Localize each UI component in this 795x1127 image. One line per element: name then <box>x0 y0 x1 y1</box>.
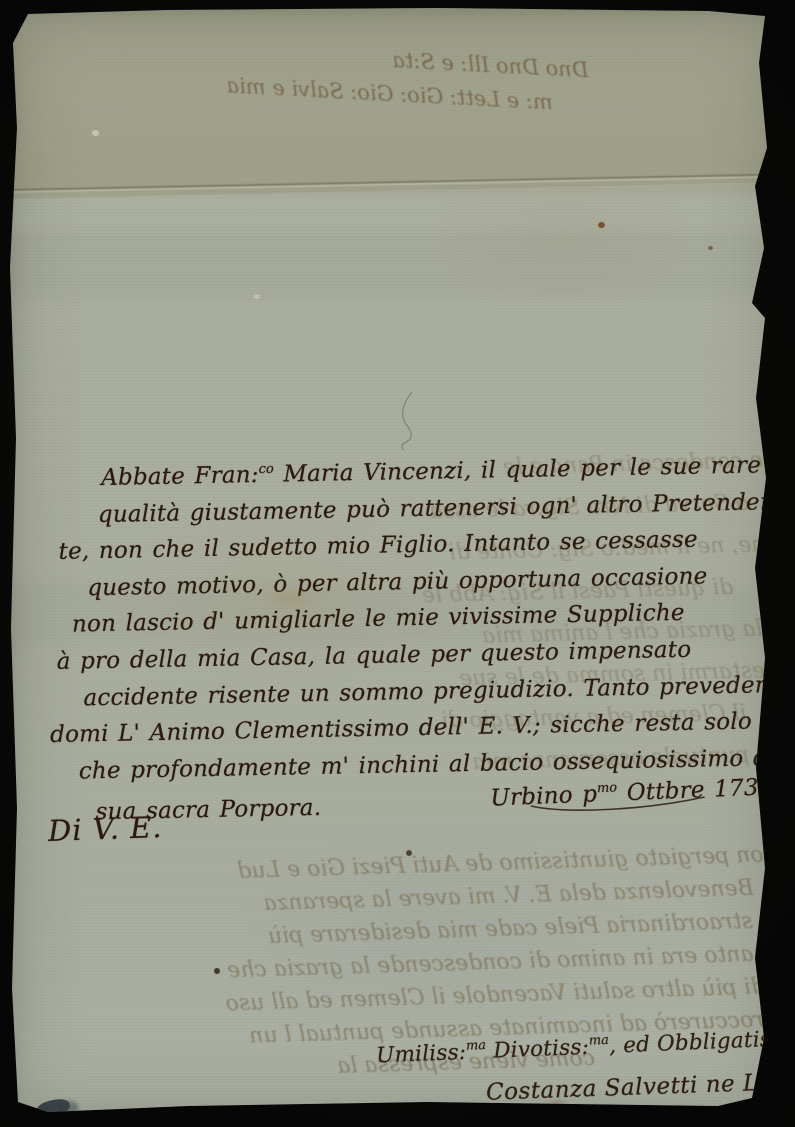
ink-smudge <box>35 1098 71 1119</box>
ink-speck <box>214 968 220 974</box>
letter-body-text: Abbate Fran:co Maria Vincenzi, il quale … <box>45 442 778 832</box>
bleedthrough-line: di più altro saluti Vacendole il Clemen … <box>13 970 784 1027</box>
superscript-abbreviation: mo <box>597 781 618 797</box>
superscript-abbreviation: co <box>258 462 273 477</box>
bleedthrough-line: Benevolenza dela E. V. mi avere la spera… <box>10 871 781 928</box>
fold-flap-shading <box>8 8 778 200</box>
fox-spot-stain <box>762 364 771 371</box>
fox-spot-stain <box>598 222 605 228</box>
superscript-abbreviation: ma <box>588 1033 609 1049</box>
paper-fleck <box>254 294 260 299</box>
bleedthrough-line: e straordinaria Piele cade mia desiderar… <box>11 904 782 961</box>
letter-page: Dno Dno Ill: e S:ta m: e Lett: Gio: Gio:… <box>8 8 778 1120</box>
ink-speck <box>406 850 412 856</box>
closing-line: Umiliss:ma Divotiss:ma, ed Obbligatiss:m… <box>376 1021 795 1068</box>
closing-text: , ed Obbligatiss: <box>609 1026 791 1059</box>
closing-text: Divotiss: <box>486 1035 590 1064</box>
photo-background: Dno Dno Ill: e S:ta m: e Lett: Gio: Gio:… <box>0 0 795 1127</box>
fold-crease <box>8 174 780 194</box>
bleedthrough-line: quanto era in animo di condescende la gr… <box>12 937 783 994</box>
bleedthrough-line: Son pergiato giuntissimo de Auti Piezi G… <box>9 838 780 895</box>
salutation: Di V. E. <box>47 810 163 848</box>
fox-spot-stain <box>708 246 713 250</box>
body-line-text: Abbate Fran: <box>101 462 259 491</box>
body-line-text: Maria Vincenzi, il quale per le sue rare <box>274 452 762 487</box>
bleedthrough-line: m: e Lett: Gio: Gio: Salvi e mia <box>157 65 588 121</box>
paper-fleck <box>92 130 99 136</box>
bleedthrough-line: Dno Dno Ill: e S:ta <box>158 31 589 87</box>
signature: Costanza Salvetti ne Liera. <box>486 1068 795 1105</box>
pencil-squiggle-mark <box>392 390 426 452</box>
superscript-abbreviation: ma <box>466 1038 487 1054</box>
ink-bleedthrough-top: Dno Dno Ill: e S:ta m: e Lett: Gio: Gio:… <box>157 31 590 121</box>
closing-text: Umiliss: <box>376 1040 467 1069</box>
superscript-abbreviation: ma <box>789 1024 795 1040</box>
